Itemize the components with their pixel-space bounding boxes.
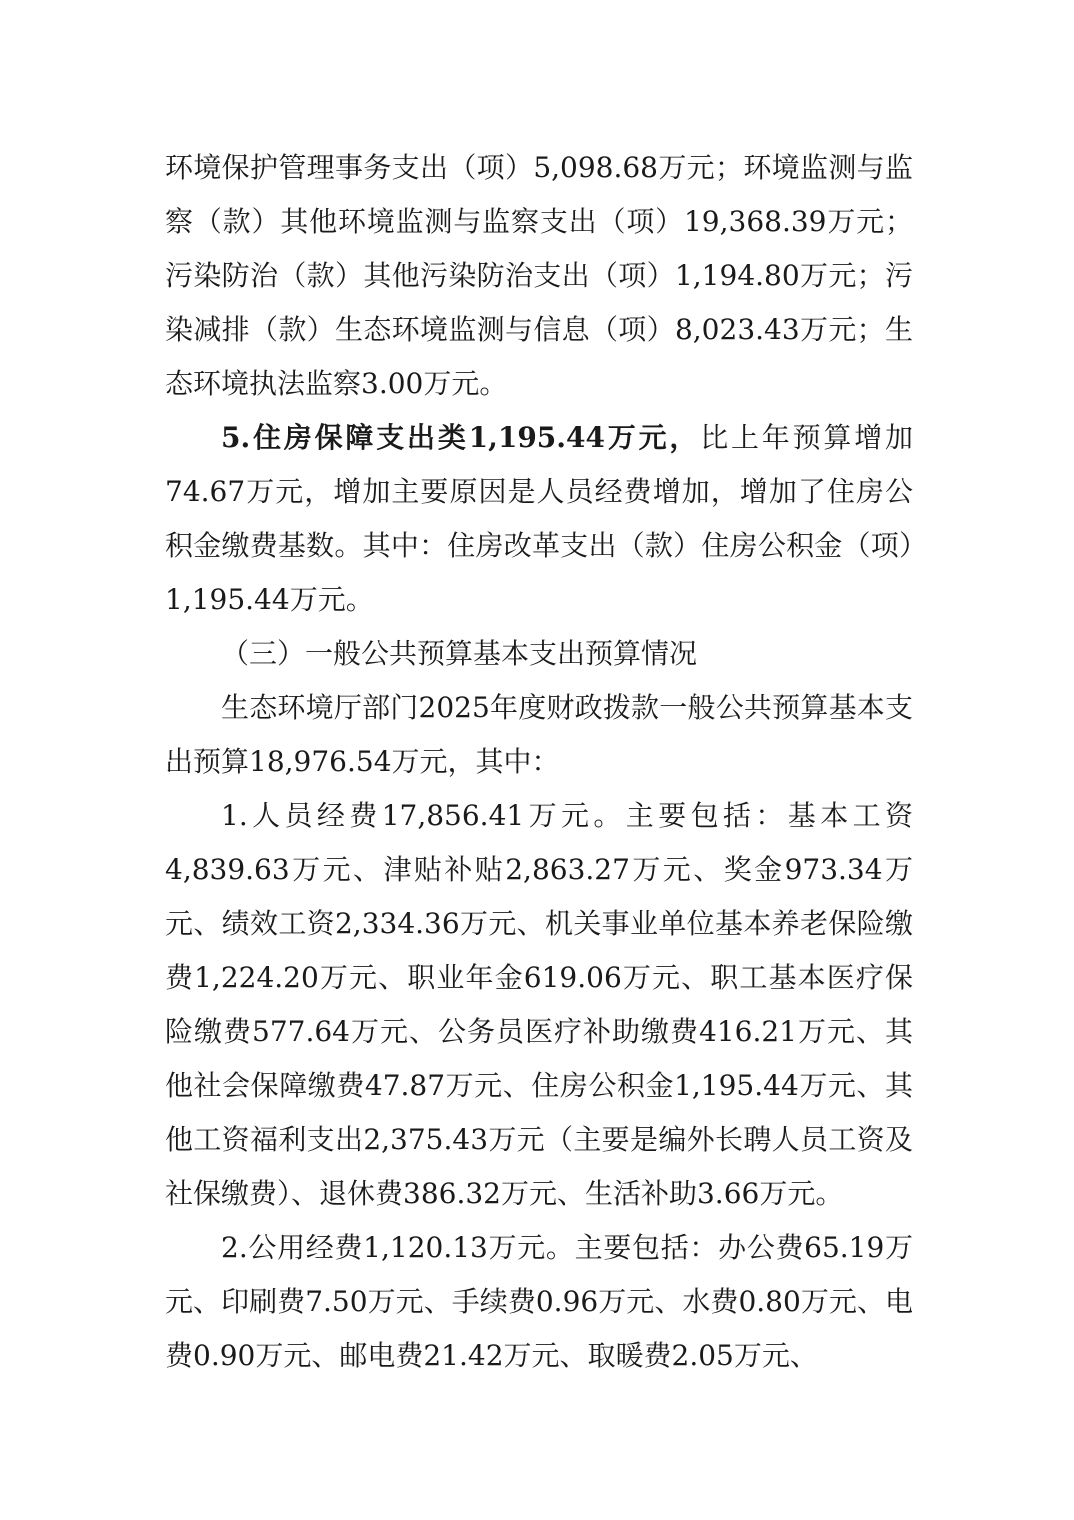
- paragraph-public-expenses: 2.公用经费1,120.13万元。主要包括：办公费65.19万元、印刷费7.50…: [165, 1221, 913, 1383]
- paragraph-environment-expenditure: 环境保护管理事务支出（项）5,098.68万元；环境监测与监察（款）其他环境监测…: [165, 141, 913, 411]
- housing-security-title: 5.住房保障支出类1,195.44万元，: [221, 421, 700, 454]
- paragraph-personnel-expenses: 1.人员经费17,856.41万元。主要包括：基本工资4,839.63万元、津贴…: [165, 789, 913, 1221]
- section-heading-basic-expenditure: （三）一般公共预算基本支出预算情况: [165, 627, 913, 681]
- paragraph-housing-security: 5.住房保障支出类1,195.44万元，比上年预算增加74.67万元，增加主要原…: [165, 411, 913, 627]
- paragraph-basic-expenditure-total: 生态环境厅部门2025年度财政拨款一般公共预算基本支出预算18,976.54万元…: [165, 681, 913, 789]
- document-page: 环境保护管理事务支出（项）5,098.68万元；环境监测与监察（款）其他环境监测…: [165, 141, 913, 1383]
